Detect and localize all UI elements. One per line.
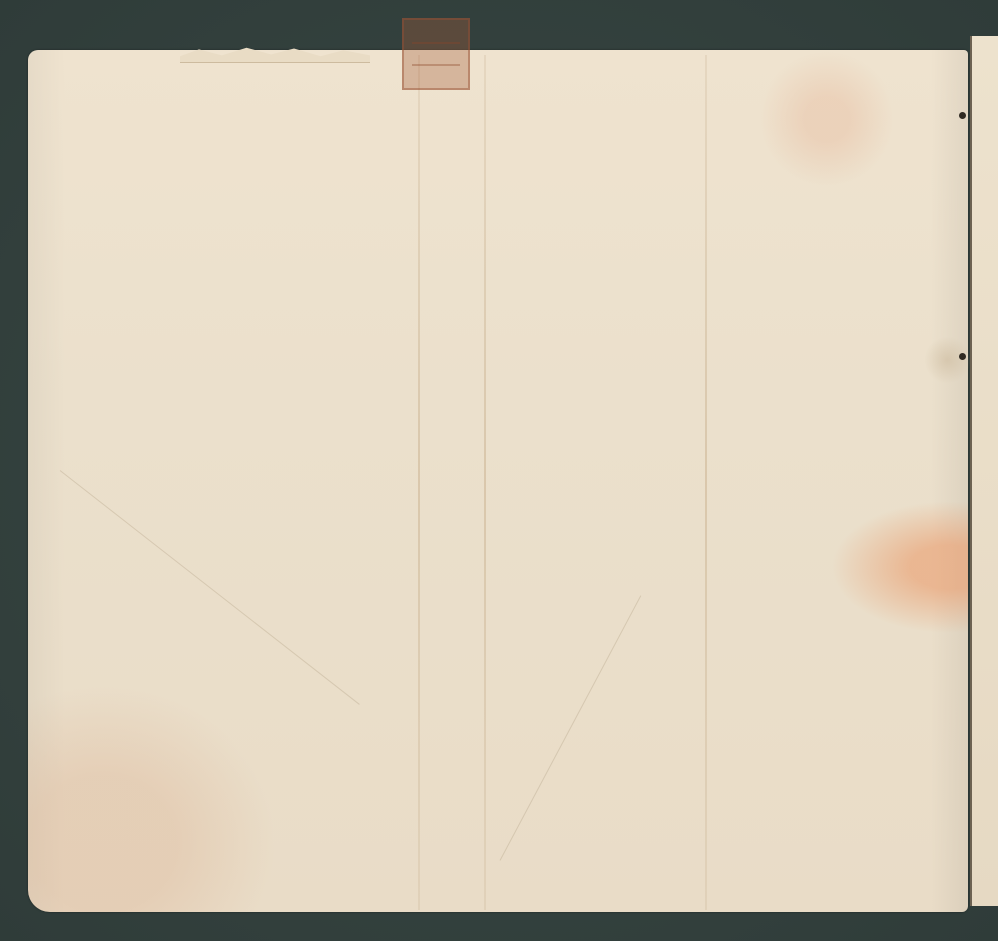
seal-stamp xyxy=(402,18,470,90)
fold-line xyxy=(705,55,707,910)
facing-page-edge xyxy=(970,36,998,906)
binding-hole xyxy=(959,112,966,119)
paper-stain xyxy=(925,335,970,385)
fold-line xyxy=(484,55,486,910)
fold-line xyxy=(418,55,420,910)
binding-hole xyxy=(959,353,966,360)
blank-page xyxy=(28,50,968,912)
